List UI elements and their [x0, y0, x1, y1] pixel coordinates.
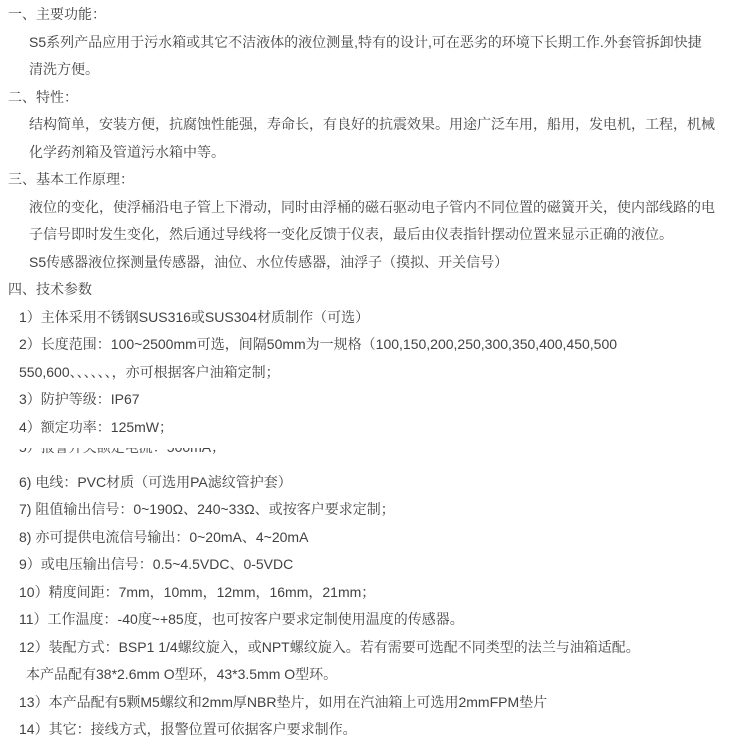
spec-item-text: 12）装配方式：BSP1 1/4螺纹旋入，或NPT螺纹旋入。若有需要可选配不同类…: [19, 639, 640, 655]
spec-item-text: 2）长度范围：100~2500mm可选，间隔50mm为一规格（100,150,2…: [19, 336, 617, 352]
spec-item-text: 4）额定功率：125mW；: [19, 419, 173, 435]
spec-item-10: 10）精度间距：7mm，10mm，12mm，16mm，21mm；: [0, 579, 743, 607]
spec-item-9: 9）或电压输出信号：0.5~4.5VDC、0-5VDC: [0, 551, 743, 579]
paragraph-text: 化学药剂箱及管道污水箱中等。: [29, 144, 225, 160]
spec-item-5-clipped: 5）报警开关额定电流：500mA；: [0, 441, 743, 469]
spec-item-2: 2）长度范围：100~2500mm可选，间隔50mm为一规格（100,150,2…: [0, 331, 743, 359]
spec-item-text: 本产品配有38*2.6mm O型环，43*3.5mm O型环。: [26, 666, 337, 682]
spec-item-11: 11）工作温度：-40度~+85度，也可按客户要求定制使用温度的传感器。: [0, 606, 743, 634]
spec-item-text: 8) 亦可提供电流信号输出：0~20mA、4~20mA: [19, 529, 308, 545]
heading-text: 三、基本工作原理：: [8, 171, 134, 187]
paragraph-text: S5系列产品应用于污水箱或其它不洁液体的液位测量,特有的设计,可在恶劣的环境下长…: [29, 34, 702, 50]
spec-item-text: 11）工作温度：-40度~+85度，也可按客户要求定制使用温度的传感器。: [19, 611, 464, 627]
heading-main-functions: 一、主要功能：: [0, 1, 743, 29]
para-features-1: 结构简单，安装方便，抗腐蚀性能强，寿命长，有良好的抗震效果。用途广泛车用，船用，…: [0, 111, 743, 139]
heading-text: 二、特性：: [8, 89, 78, 105]
spec-item-text: 10）精度间距：7mm，10mm，12mm，16mm，21mm；: [19, 584, 375, 600]
spec-item-13: 13）本产品配有5颗M5螺纹和2mm厚NBR垫片，如用在汽油箱上可选用2mmFP…: [0, 689, 743, 717]
para-main-functions-1: S5系列产品应用于污水箱或其它不洁液体的液位测量,特有的设计,可在恶劣的环境下长…: [0, 29, 743, 57]
product-spec-document: 一、主要功能： S5系列产品应用于污水箱或其它不洁液体的液位测量,特有的设计,可…: [0, 0, 743, 744]
spec-item-text: 14）其它：接线方式，报警位置可依据客户要求制作。: [19, 721, 357, 737]
paragraph-text: 结构简单，安装方便，抗腐蚀性能强，寿命长，有良好的抗震效果。用途广泛车用，船用，…: [29, 116, 715, 132]
spec-item-2-continued: 550,600、、、、、、，亦可根据客户油箱定制；: [0, 359, 743, 387]
spec-item-text: 3）防护等级：IP67: [19, 391, 140, 407]
paragraph-text: S5传感器液位探测量传感器，油位、水位传感器，油浮子（摸拟、开关信号）: [29, 254, 508, 270]
spec-item-1: 1）主体采用不锈钢SUS316或SUS304材质制作（可选）: [0, 304, 743, 332]
clipped-text-window: 5）报警开关额定电流：500mA；: [19, 448, 743, 458]
heading-text: 一、主要功能：: [8, 6, 106, 22]
spec-item-12-continued: 本产品配有38*2.6mm O型环，43*3.5mm O型环。: [0, 661, 743, 689]
heading-text: 四、技术参数: [8, 281, 92, 297]
para-features-2: 化学药剂箱及管道污水箱中等。: [0, 139, 743, 167]
paragraph-text: 清洗方便。: [29, 61, 99, 77]
spec-item-6: 6) 电线：PVC材质（可选用PA滤纹管护套）: [0, 469, 743, 497]
spec-item-text: 550,600、、、、、、，亦可根据客户油箱定制；: [19, 364, 280, 380]
heading-features: 二、特性：: [0, 84, 743, 112]
spec-item-4: 4）额定功率：125mW；: [0, 414, 743, 442]
para-principle-2: 子信号即时发生变化，然后通过导线将一变化反馈于仪表，最后由仪表指针摆动位置来显示…: [0, 221, 743, 249]
heading-working-principle: 三、基本工作原理：: [0, 166, 743, 194]
spec-item-8: 8) 亦可提供电流信号输出：0~20mA、4~20mA: [0, 524, 743, 552]
spec-item-text: 7) 阻值输出信号：0~190Ω、240~33Ω、或按客户要求定制；: [19, 501, 395, 517]
spec-item-text: 6) 电线：PVC材质（可选用PA滤纹管护套）: [19, 474, 292, 490]
spec-item-text: 9）或电压输出信号：0.5~4.5VDC、0-5VDC: [19, 556, 293, 572]
para-principle-3: S5传感器液位探测量传感器，油位、水位传感器，油浮子（摸拟、开关信号）: [0, 249, 743, 277]
spec-item-text: 5）报警开关额定电流：500mA；: [19, 448, 743, 455]
spec-item-text: 13）本产品配有5颗M5螺纹和2mm厚NBR垫片，如用在汽油箱上可选用2mmFP…: [19, 694, 547, 710]
spec-item-7: 7) 阻值输出信号：0~190Ω、240~33Ω、或按客户要求定制；: [0, 496, 743, 524]
spec-item-3: 3）防护等级：IP67: [0, 386, 743, 414]
spec-item-text: 1）主体采用不锈钢SUS316或SUS304材质制作（可选）: [19, 309, 369, 325]
paragraph-text: 液位的变化，使浮桶沿电子管上下滑动，同时由浮桶的磁石驱动电子管内不同位置的磁簧开…: [29, 199, 715, 215]
spec-item-12: 12）装配方式：BSP1 1/4螺纹旋入，或NPT螺纹旋入。若有需要可选配不同类…: [0, 634, 743, 662]
para-main-functions-2: 清洗方便。: [0, 56, 743, 84]
spec-item-14: 14）其它：接线方式，报警位置可依据客户要求制作。: [0, 716, 743, 744]
paragraph-text: 子信号即时发生变化，然后通过导线将一变化反馈于仪表，最后由仪表指针摆动位置来显示…: [29, 226, 673, 242]
para-principle-1: 液位的变化，使浮桶沿电子管上下滑动，同时由浮桶的磁石驱动电子管内不同位置的磁簧开…: [0, 194, 743, 222]
heading-technical-parameters: 四、技术参数: [0, 276, 743, 304]
